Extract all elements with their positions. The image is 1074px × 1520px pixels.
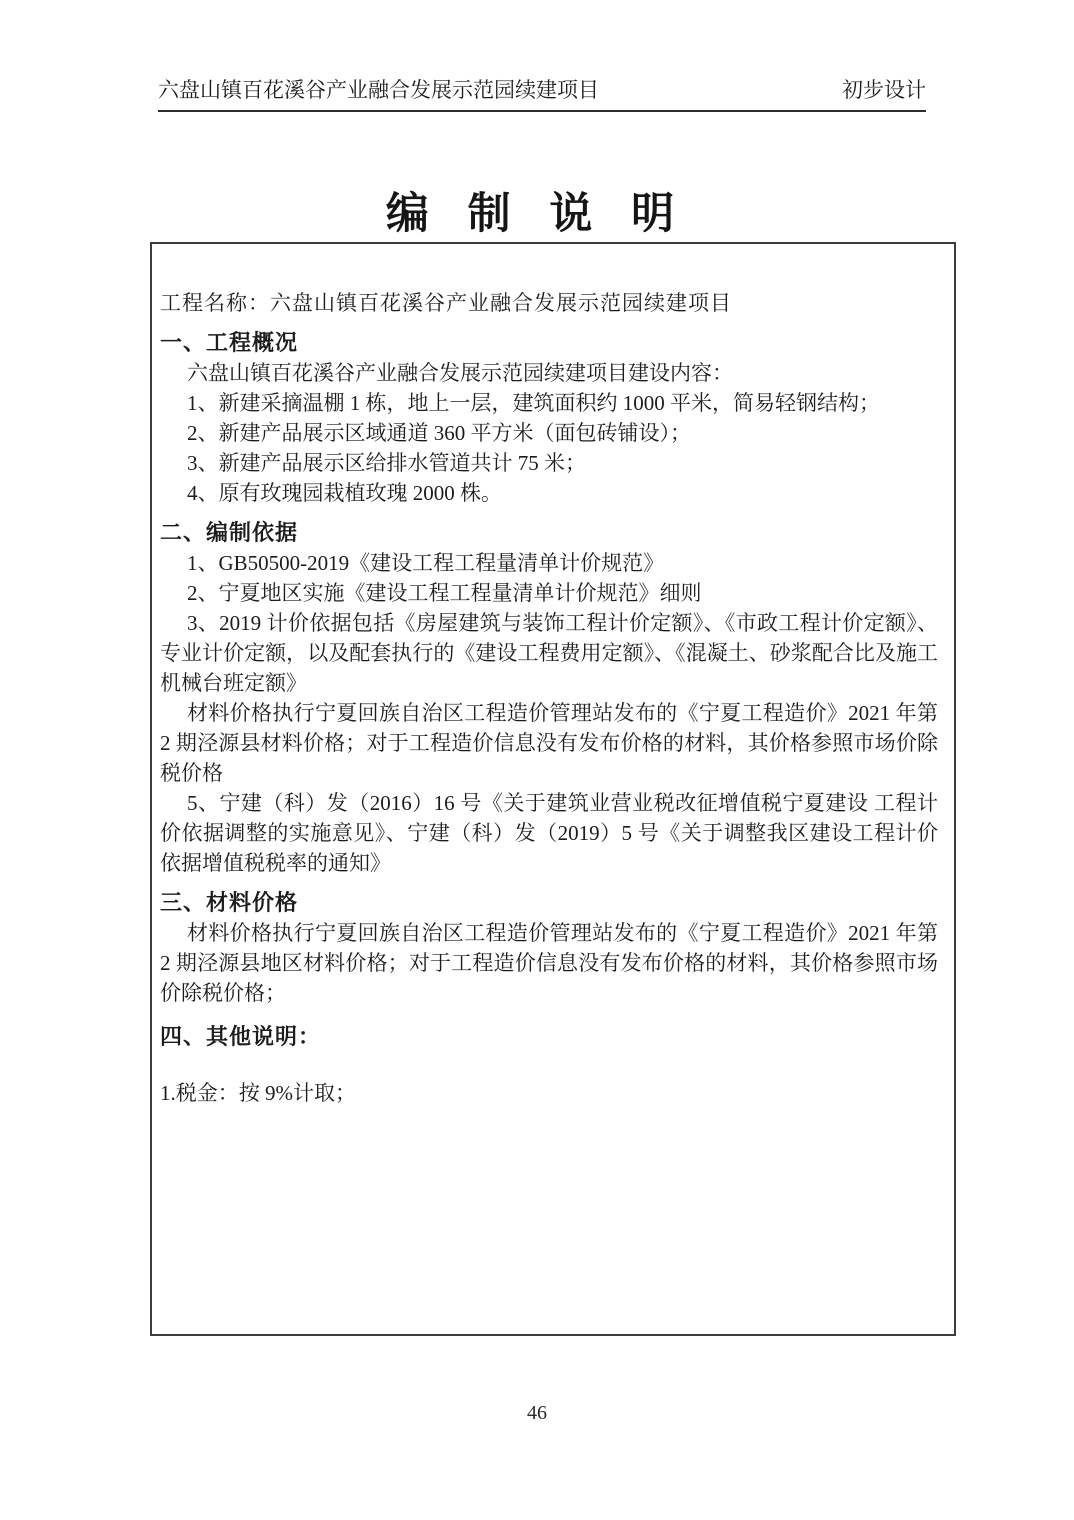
section1-item: 4、原有玫瑰园栽植玫瑰 2000 株。	[160, 478, 938, 508]
document-title: 编 制 说 明	[0, 180, 1074, 241]
section2-heading: 二、编制依据	[160, 518, 938, 548]
document-page: 六盘山镇百花溪谷产业融合发展示范园续建项目 初步设计 编 制 说 明 工程名称：…	[0, 0, 1074, 1520]
section3-paragraph: 材料价格执行宁夏回族自治区工程造价管理站发布的《宁夏工程造价》2021 年第 2…	[160, 918, 938, 1008]
section2-paragraph: 2、宁夏地区实施《建设工程工程量清单计价规范》细则	[160, 578, 938, 608]
section1-intro: 六盘山镇百花溪谷产业融合发展示范园续建项目建设内容：	[160, 358, 938, 388]
section2-paragraph: 5、宁建（科）发（2016）16 号《关于建筑业营业税改征增值税宁夏建设 工程计…	[160, 788, 938, 878]
page-header: 六盘山镇百花溪谷产业融合发展示范园续建项目 初步设计	[158, 74, 926, 112]
page-number: 46	[0, 1402, 1074, 1425]
header-project-title: 六盘山镇百花溪谷产业融合发展示范园续建项目	[158, 74, 599, 104]
header-stage-label: 初步设计	[842, 74, 926, 104]
section1-item: 3、新建产品展示区给排水管道共计 75 米；	[160, 448, 938, 478]
tax-note-line: 1.税金：按 9%计取；	[160, 1078, 938, 1108]
section1-item: 1、新建采摘温棚 1 栋，地上一层，建筑面积约 1000 平米，简易轻钢结构；	[160, 388, 938, 418]
section2-paragraph: 1、GB50500-2019《建设工程工程量清单计价规范》	[160, 548, 938, 578]
project-name-line: 工程名称：六盘山镇百花溪谷产业融合发展示范园续建项目	[160, 288, 938, 318]
section1-heading: 一、工程概况	[160, 328, 938, 358]
content-box: 工程名称：六盘山镇百花溪谷产业融合发展示范园续建项目 一、工程概况 六盘山镇百花…	[150, 242, 956, 1336]
section2-paragraph: 3、2019 计价依据包括《房屋建筑与装饰工程计价定额》、《市政工程计价定额》、…	[160, 608, 938, 698]
section3-heading: 三、材料价格	[160, 888, 938, 918]
section4-heading: 四、其他说明：	[160, 1022, 938, 1052]
section1-item: 2、新建产品展示区域通道 360 平方米（面包砖铺设）；	[160, 418, 938, 448]
section2-paragraph: 材料价格执行宁夏回族自治区工程造价管理站发布的《宁夏工程造价》2021 年第 2…	[160, 698, 938, 788]
